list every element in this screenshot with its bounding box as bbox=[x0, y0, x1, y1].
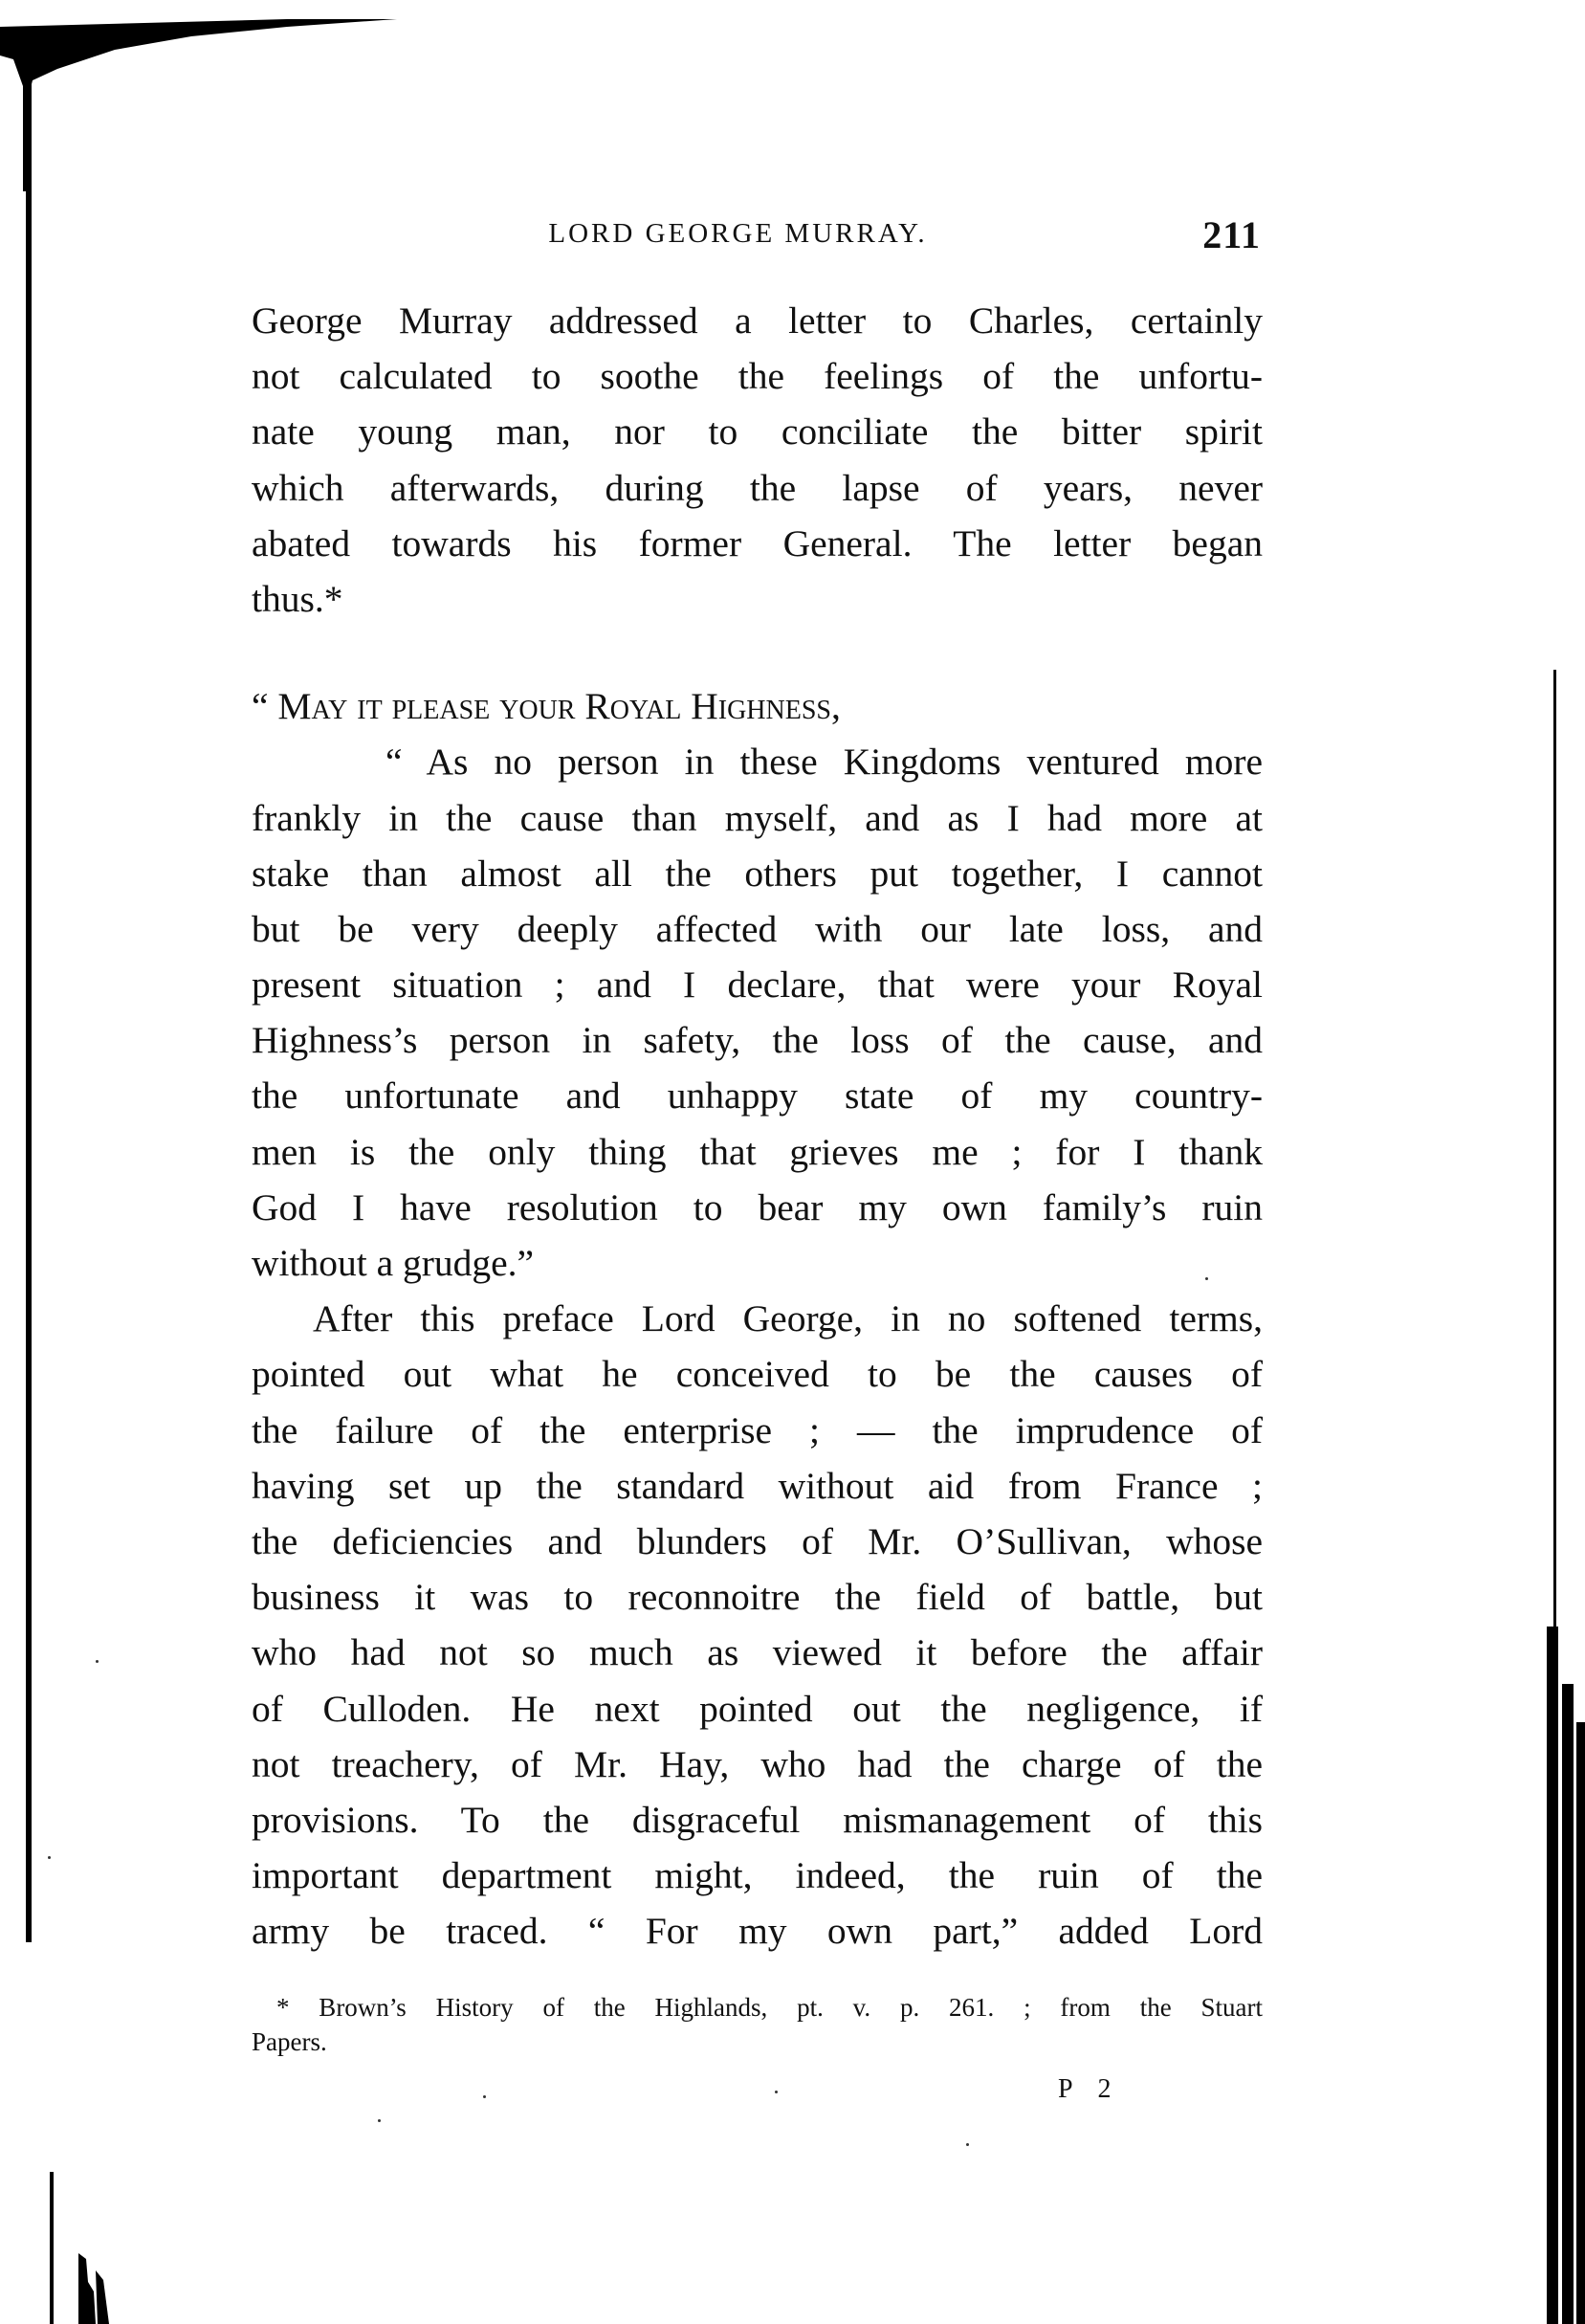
text-line: business it was to reconnoitre the field… bbox=[252, 1569, 1263, 1625]
text-line: army be traced. “ For my own part,” adde… bbox=[252, 1903, 1263, 1959]
speck bbox=[483, 2095, 486, 2098]
running-head: LORD GEORGE MURRAY. bbox=[253, 218, 1261, 250]
text-line: frankly in the cause than myself, and as… bbox=[252, 790, 1263, 846]
text-line: who had not so much as viewed it before … bbox=[252, 1625, 1263, 1680]
text-line: pointed out what he conceived to be the … bbox=[252, 1346, 1263, 1402]
text-line: provisions. To the disgraceful mismanage… bbox=[252, 1792, 1263, 1848]
text-line: Highness’s person in safety, the loss of… bbox=[252, 1012, 1263, 1068]
text-line: the failure of the enterprise ; — the im… bbox=[252, 1403, 1263, 1458]
speck bbox=[96, 1660, 99, 1663]
text-line: thus.* bbox=[252, 571, 1263, 627]
section-gap bbox=[252, 627, 1263, 678]
page-header: LORD GEORGE MURRAY. 211 bbox=[253, 212, 1261, 251]
letter-quote: “ May it please your Royal Highness, “ A… bbox=[252, 678, 1263, 1291]
text-line: the deficiencies and blunders of Mr. O’S… bbox=[252, 1514, 1263, 1569]
text-line: nate young man, nor to conciliate the bi… bbox=[252, 404, 1263, 459]
speck bbox=[48, 1856, 51, 1859]
right-scan-edge-bar-2 bbox=[1562, 1684, 1574, 2324]
paragraph-2: After this preface Lord George, in no so… bbox=[252, 1291, 1263, 1959]
speck bbox=[378, 2119, 381, 2122]
text-line: not calculated to soothe the feelings of… bbox=[252, 348, 1263, 404]
left-scan-edge bbox=[26, 81, 32, 1942]
text-line: important department might, indeed, the … bbox=[252, 1848, 1263, 1903]
letter-salutation: “ May it please your Royal Highness, bbox=[252, 678, 1263, 734]
text-line: present situation ; and I declare, that … bbox=[252, 957, 1263, 1012]
right-scan-edge-bar-3 bbox=[1576, 1722, 1585, 2324]
text-line: God I have resolution to bear my own fam… bbox=[252, 1180, 1263, 1235]
text-line: the unfortunate and unhappy state of my … bbox=[252, 1068, 1263, 1123]
speck bbox=[775, 2091, 778, 2093]
text-line: of Culloden. He next pointed out the neg… bbox=[252, 1681, 1263, 1737]
text-line: abated towards his former General. The l… bbox=[252, 516, 1263, 571]
left-scan-edge-lower bbox=[50, 2172, 54, 2324]
text-line: stake than almost all the others put tog… bbox=[252, 846, 1263, 901]
text-line: George Murray addressed a letter to Char… bbox=[252, 293, 1263, 348]
text-line: “ As no person in these Kingdoms venture… bbox=[252, 734, 1263, 789]
text-line: which afterwards, during the lapse of ye… bbox=[252, 460, 1263, 516]
scan-corner-shadow bbox=[0, 0, 402, 191]
speck bbox=[966, 2143, 969, 2146]
right-scan-edge-bar-1 bbox=[1547, 1627, 1558, 2324]
footnote: * Brown’s History of the Highlands, pt. … bbox=[252, 1990, 1263, 2059]
signature-mark: P 2 bbox=[1058, 2074, 1121, 2105]
text-line: but be very deeply affected with our lat… bbox=[252, 901, 1263, 957]
text-line: having set up the standard without aid f… bbox=[252, 1458, 1263, 1514]
text-line: men is the only thing that grieves me ; … bbox=[252, 1124, 1263, 1180]
body-text: George Murray addressed a letter to Char… bbox=[252, 293, 1263, 1959]
right-scan-edge-thin bbox=[1553, 670, 1556, 1627]
page-number: 211 bbox=[1202, 212, 1261, 257]
left-bottom-scan-mark bbox=[77, 2253, 115, 2324]
text-line: After this preface Lord George, in no so… bbox=[252, 1291, 1263, 1346]
paragraph-1: George Murray addressed a letter to Char… bbox=[252, 293, 1263, 627]
text-line: not treachery, of Mr. Hay, who had the c… bbox=[252, 1737, 1263, 1792]
text-line: without a grudge.” bbox=[252, 1235, 1263, 1291]
footnote-line: Papers. bbox=[252, 2025, 1263, 2059]
footnote-line: * Brown’s History of the Highlands, pt. … bbox=[252, 1990, 1263, 2025]
